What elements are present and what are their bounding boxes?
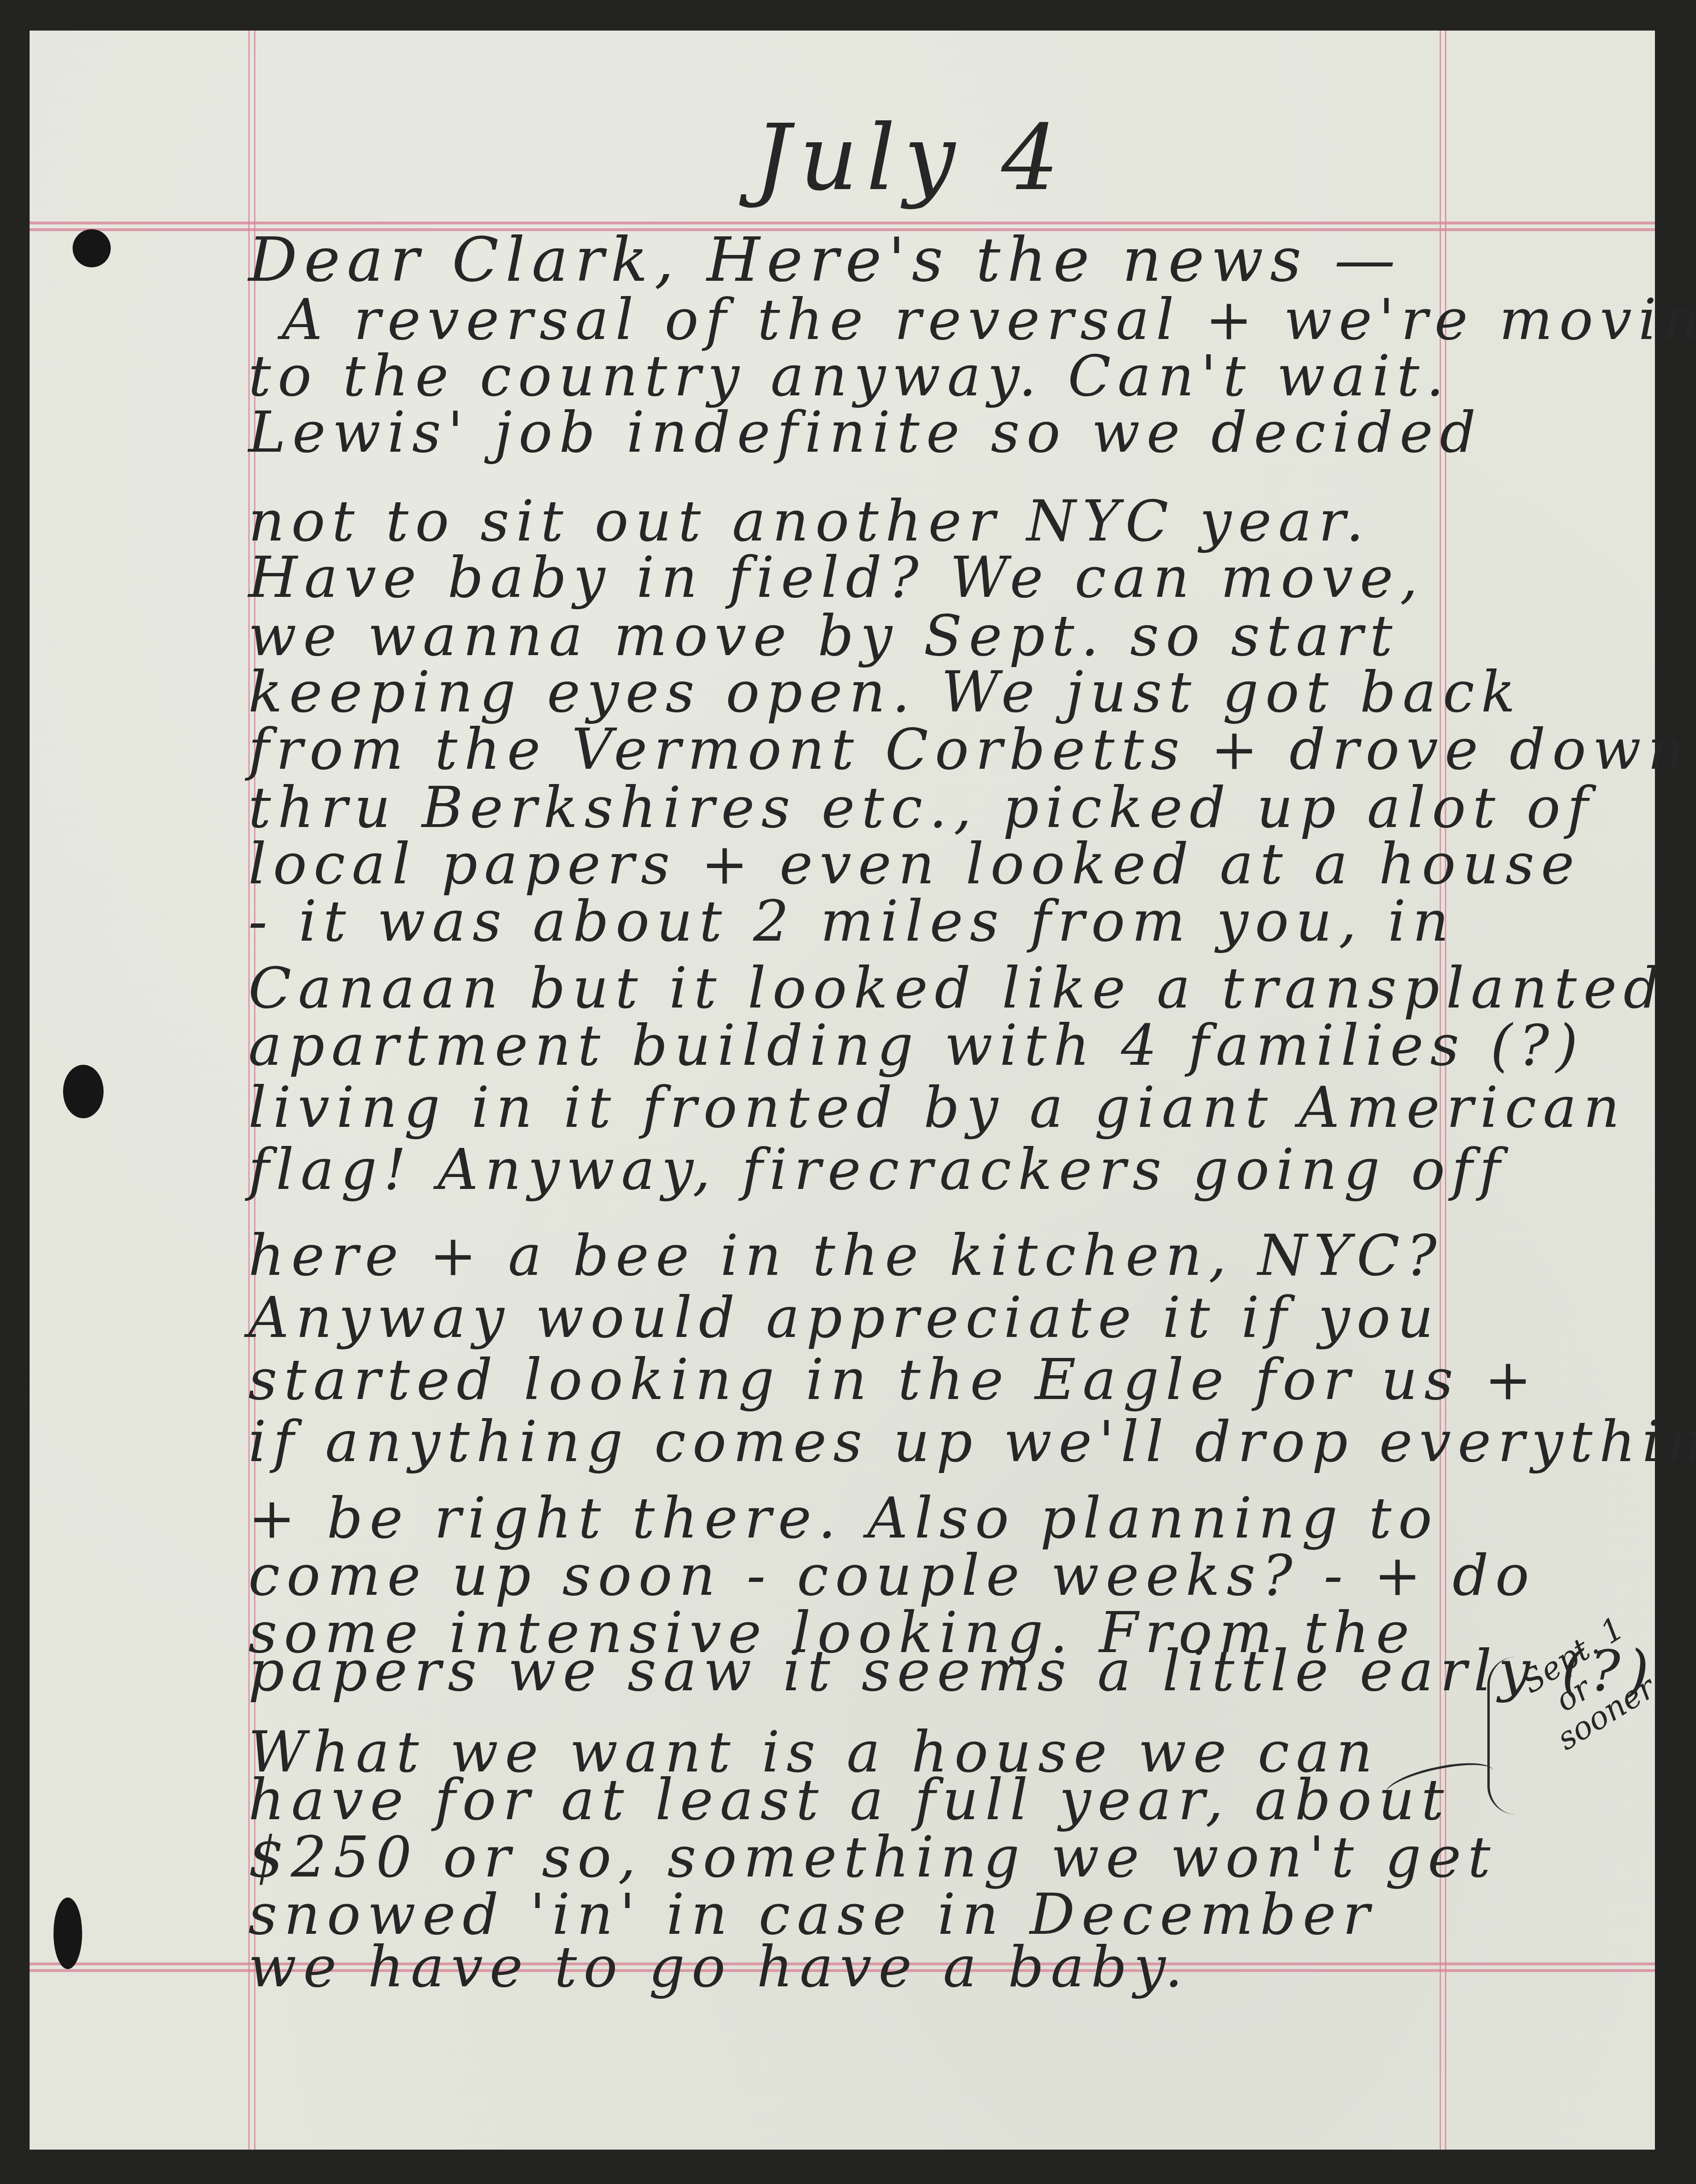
letter-line: papers we saw it seems a little early (?… <box>248 1638 1655 1704</box>
letter-line: Anyway would appreciate it if you <box>248 1284 1440 1350</box>
letter-line: local papers + even looked at a house <box>248 831 1581 897</box>
letter-line: if anything comes up we'll drop everythi… <box>248 1409 1696 1474</box>
letter-line: Canaan but it looked like a transplanted <box>248 955 1666 1021</box>
letter-line: started looking in the Eagle for us + <box>248 1346 1538 1412</box>
letter-date: July 4 <box>754 105 1068 211</box>
letter-line: flag! Anyway, firecrackers going off <box>248 1136 1507 1202</box>
letter-line: + be right there. Also planning to <box>248 1485 1439 1551</box>
letter-line: $250 or so, something we won't get <box>248 1824 1497 1890</box>
letter-line: living in it fronted by a giant American <box>248 1074 1626 1140</box>
punch-hole-top <box>73 229 111 267</box>
letter-line: Dear Clark, Here's the news — <box>248 224 1402 296</box>
letter-line: - it was about 2 miles from you, in <box>248 888 1455 954</box>
letter-line: have for at least a full year, about <box>248 1767 1451 1833</box>
letter-line: we have to go have a baby. <box>248 1934 1189 2000</box>
letter-line: Have baby in field? We can move, <box>248 544 1424 610</box>
letter-line: apartment building with 4 families (?) <box>248 1012 1585 1078</box>
letter-line: keeping eyes open. We just got back <box>248 659 1522 725</box>
letter-line: come up soon - couple weeks? - + do <box>248 1542 1536 1608</box>
letter-line: from the Vermont Corbetts + drove down <box>248 716 1691 782</box>
annotation-bracket <box>1487 1657 1523 1814</box>
punch-hole-middle <box>63 1065 104 1118</box>
letter-line: Lewis' job indefinite so we decided <box>248 399 1483 465</box>
punch-hole-bottom <box>53 1898 82 1969</box>
letter-line: here + a bee in the kitchen, NYC? <box>248 1222 1443 1288</box>
